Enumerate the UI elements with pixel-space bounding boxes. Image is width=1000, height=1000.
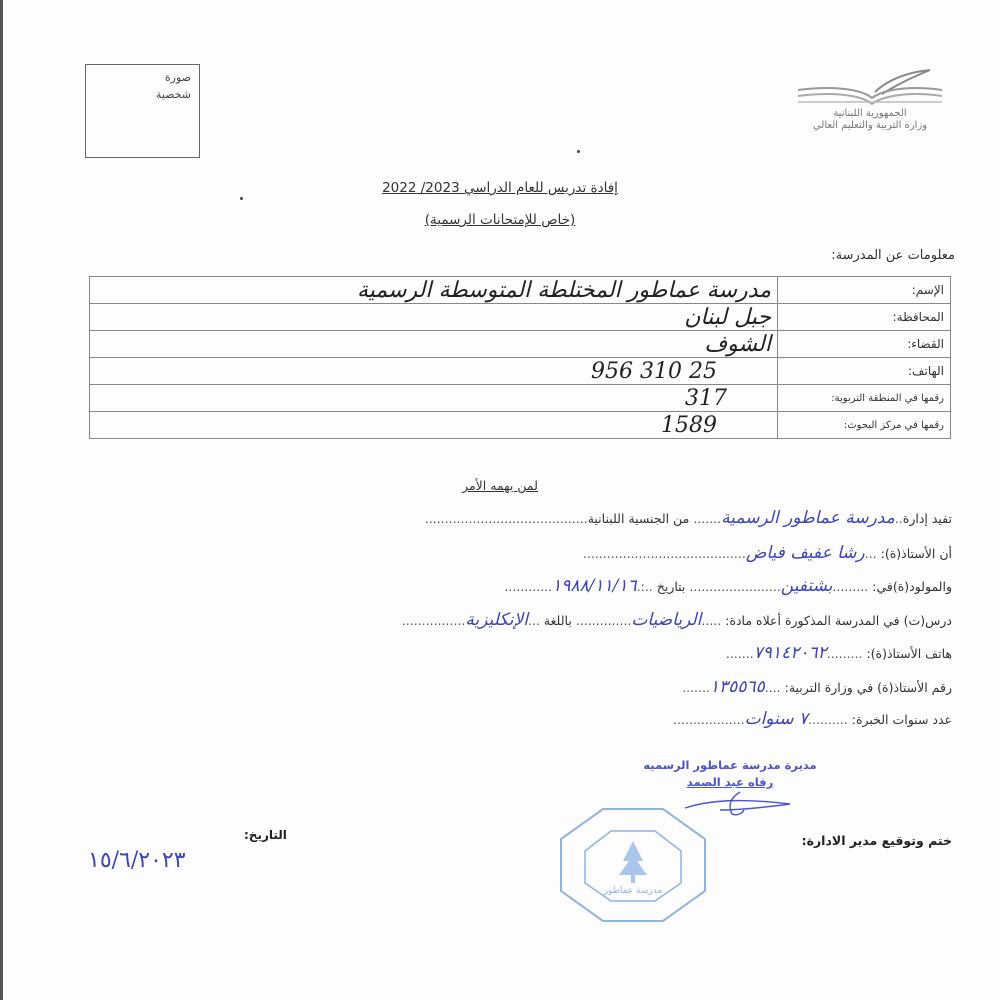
certificate-line-school: تفيد إدارة..مدرسة عماطور الرسمية....... …	[425, 508, 952, 528]
district-label: القضاء:	[778, 331, 951, 358]
educational-zone-number-value: 317	[90, 385, 778, 412]
language-value: الإنكليزية	[465, 610, 528, 630]
birthplace-value: بشتفين	[781, 576, 833, 596]
educational-zone-number-label: رقمها في المنطقة التربوية:	[778, 385, 951, 412]
scan-speck	[577, 150, 580, 153]
line-suffix: من الجنسية اللبنانية	[588, 511, 690, 526]
line-prefix: هاتف الأستاذ(ة):	[866, 646, 952, 661]
school-name-label: الإسم:	[778, 277, 951, 304]
line-suffix: بتاريخ	[657, 579, 686, 594]
certificate-line-teacher: أن الأستاذ(ة): ...رشا عفيف فياض.........…	[583, 543, 952, 563]
principal-signature-block: مديرة مدرسة عماطور الرسميه رفاه عبد الصم…	[640, 757, 820, 791]
document-subtitle: (خاص للإمتحانات الرسمية)	[0, 212, 1000, 228]
research-center-number-label: رقمها في مركز البحوث:	[778, 412, 951, 439]
date-value: ١٥/٦/٢٠٢٣	[88, 848, 186, 873]
line-prefix: عدد سنوات الخبرة:	[852, 712, 952, 727]
school-info-heading: معلومات عن المدرسة:	[831, 248, 955, 263]
date-label: التاريخ:	[244, 828, 287, 842]
governorate-value: جبل لبنان	[90, 304, 778, 331]
table-row: 25 310 956 الهاتف:	[90, 358, 951, 385]
teacher-phone-value: ٧٩١٤٢٠٦٢	[754, 643, 827, 663]
certificate-heading: لمن يهمه الأمر	[0, 478, 1000, 493]
line-suffix: باللغة	[544, 613, 572, 628]
table-row: 317 رقمها في المنطقة التربوية:	[90, 385, 951, 412]
issuing-school-value: مدرسة عماطور الرسمية	[721, 508, 895, 528]
logo-text-republic: الجمهورية اللبنانية	[790, 108, 950, 120]
line-prefix: رقم الأستاذ(ة) في وزارة التربية:	[785, 680, 952, 695]
scan-speck	[240, 197, 243, 200]
certificate-line-subject: درس(ت) في المدرسة المذكورة أعلاه مادة: .…	[402, 610, 952, 630]
phone-value: 25 310 956	[90, 358, 778, 385]
photo-placeholder-box: صورة شخصية	[85, 64, 200, 158]
certificate-line-teacher-phone: هاتف الأستاذ(ة): .........٧٩١٤٢٠٦٢......…	[726, 643, 952, 663]
scan-edge	[0, 0, 3, 1000]
line-prefix: تفيد إدارة	[903, 511, 952, 526]
birthdate-value: ١٩٨٨/١١/١٦	[552, 576, 637, 596]
cedar-stamp-icon: مدرسة عماطور	[553, 805, 713, 925]
photo-label-line1: صورة	[156, 69, 191, 86]
experience-years-value: ٧ سنوات	[745, 709, 808, 729]
line-prefix: والمولود(ة)في:	[872, 579, 952, 594]
document-subtitle-text: (خاص للإمتحانات الرسمية)	[425, 212, 576, 228]
table-row: جبل لبنان المحافظة:	[90, 304, 951, 331]
open-book-icon	[790, 68, 950, 108]
subject-value: الرياضيات	[631, 610, 701, 630]
research-center-number-value: 1589	[90, 412, 778, 439]
ministry-logo: الجمهورية اللبنانية وزارة التربية والتعل…	[790, 68, 950, 138]
photo-label-line2: شخصية	[156, 86, 191, 103]
line-prefix: درس(ت) في المدرسة المذكورة أعلاه مادة:	[725, 613, 952, 628]
photo-label: صورة شخصية	[156, 69, 191, 103]
table-row: الشوف القضاء:	[90, 331, 951, 358]
ministry-number-value: ١٣٥٥٦٥	[710, 677, 765, 697]
teacher-name-value: رشا عفيف فياض	[746, 543, 865, 563]
table-row: 1589 رقمها في مركز البحوث:	[90, 412, 951, 439]
line-prefix: أن الأستاذ(ة):	[881, 546, 952, 561]
document-title: إفادة تدريس للعام الدراسي 2023/ 2022	[0, 180, 1000, 196]
document-title-text: إفادة تدريس للعام الدراسي 2023/ 2022	[382, 180, 618, 196]
school-name-value: مدرسة عماطور المختلطة المتوسطة الرسمية	[90, 277, 778, 304]
certificate-line-ministry-number: رقم الأستاذ(ة) في وزارة التربية: ....١٣٥…	[682, 677, 952, 697]
svg-text:مدرسة عماطور: مدرسة عماطور	[603, 886, 663, 896]
table-row: مدرسة عماطور المختلطة المتوسطة الرسمية ا…	[90, 277, 951, 304]
logo-text-ministry: وزارة التربية والتعليم العالي	[790, 120, 950, 132]
certificate-line-experience: عدد سنوات الخبرة: ..........٧ سنوات.....…	[673, 709, 952, 729]
stamp-signature-label: ختم وتوقيع مدير الادارة:	[802, 833, 952, 848]
principal-title: مديرة مدرسة عماطور الرسميه	[640, 757, 820, 774]
certificate-heading-text: لمن يهمه الأمر	[462, 478, 538, 493]
certificate-line-birth: والمولود(ة)في: .........بشتفين..........…	[504, 576, 952, 596]
governorate-label: المحافظة:	[778, 304, 951, 331]
district-value: الشوف	[90, 331, 778, 358]
school-info-table: مدرسة عماطور المختلطة المتوسطة الرسمية ا…	[89, 276, 951, 439]
phone-label: الهاتف:	[778, 358, 951, 385]
